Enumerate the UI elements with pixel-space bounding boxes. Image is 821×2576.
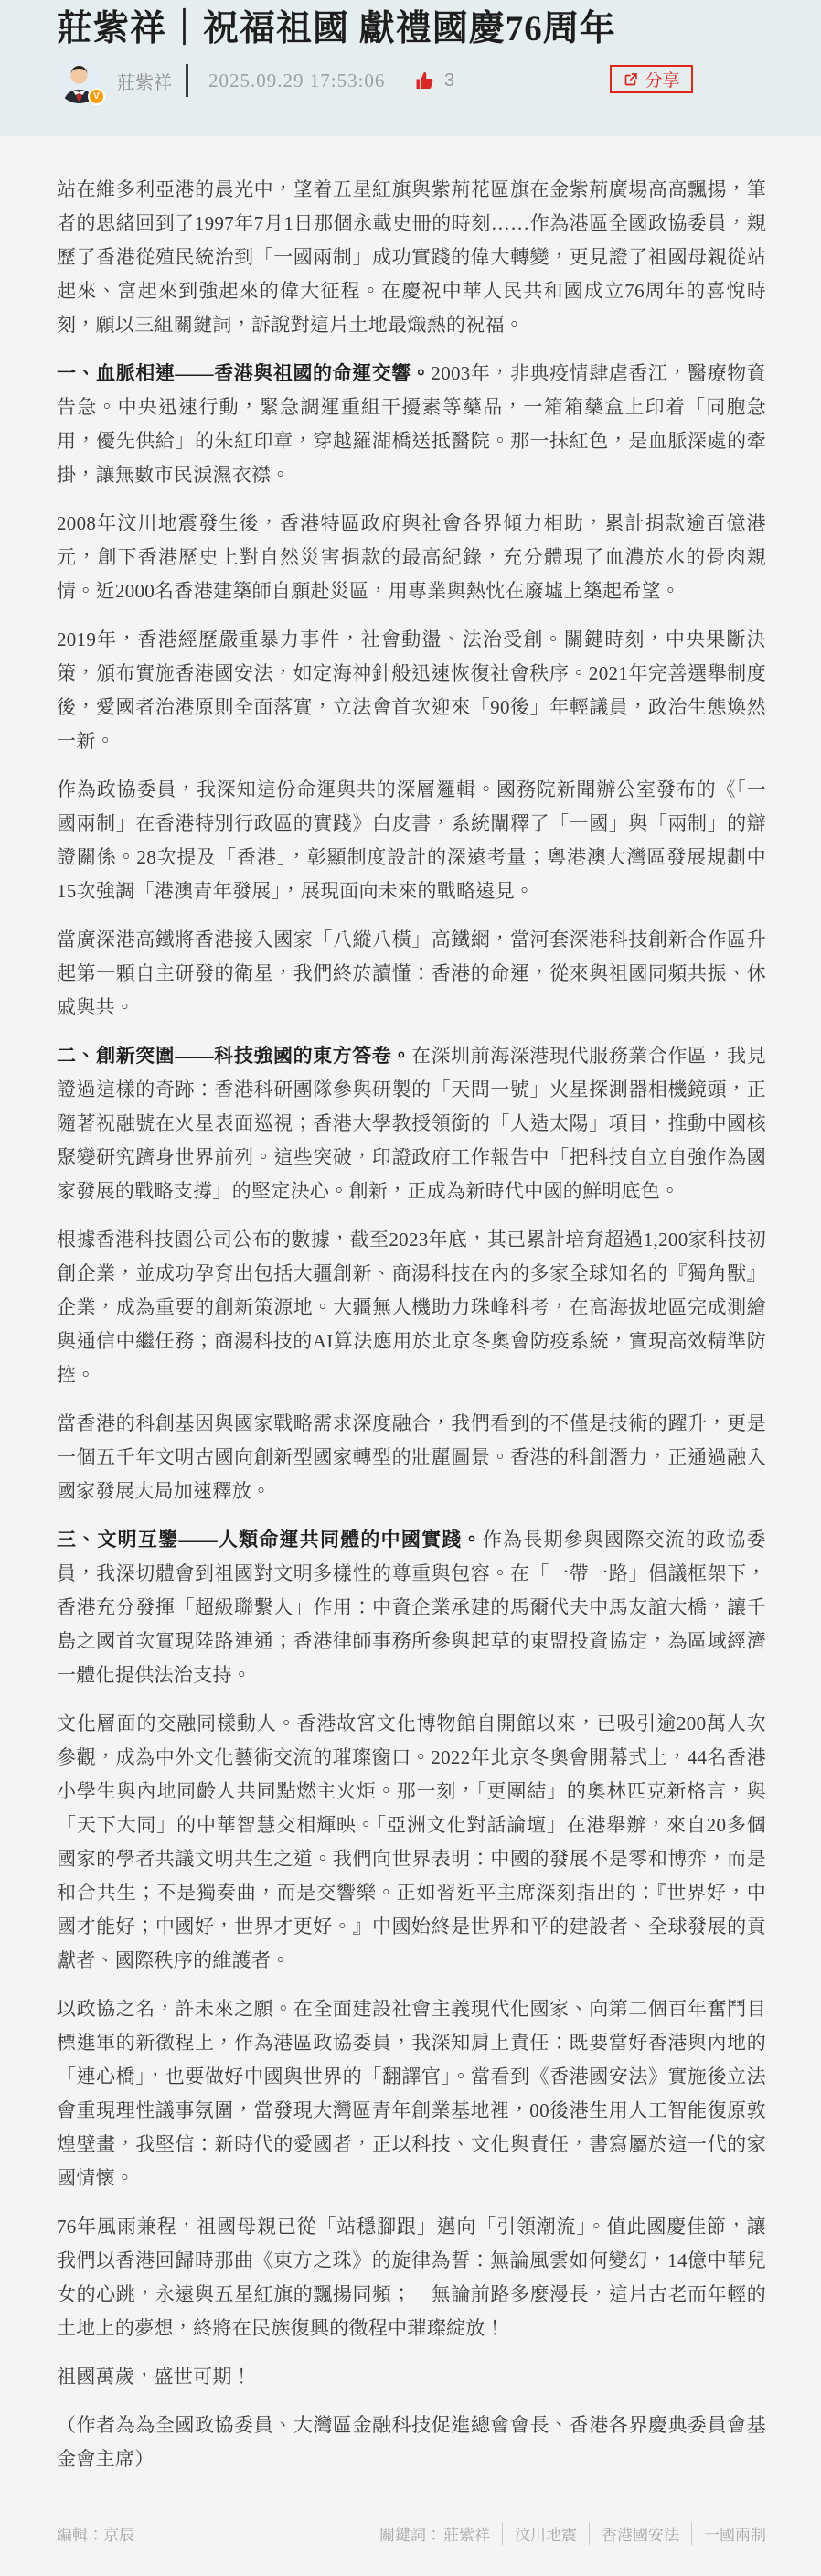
author-name[interactable]: 莊紫祥 xyxy=(117,68,172,94)
paragraph-12: 以政協之名，許未來之願。在全面建設社會主義現代化國家、向第二個百年奮鬥目標進軍的… xyxy=(57,1992,766,2195)
keyword-tag-4[interactable]: 一國兩制 xyxy=(691,2522,766,2545)
article-meta-row: 編輯：京辰 關鍵詞： 莊紫祥 汶川地震 香港國安法 一國兩制 xyxy=(57,2522,766,2545)
share-icon xyxy=(623,71,639,88)
paragraph-text: 當廣深港高鐵將香港接入國家「八縱八橫」高鐵網，當河套深港科技創新合作區升起第一顆… xyxy=(57,928,766,1018)
paragraph-text: 文化層面的交融同樣動人。香港故宮文化博物館自開館以來，已吸引逾200萬人次參觀，… xyxy=(57,1712,766,1971)
paragraph-text: 作為長期參與國際交流的政協委員，我深切體會到祖國對文明多樣性的尊重與包容。在「一… xyxy=(57,1529,766,1686)
publish-datetime: 2025.09.29 17:53:06 xyxy=(208,70,385,92)
paragraph-13: 76年風雨兼程，祖國母親已從「站穩腳跟」邁向「引領潮流」。值此國慶佳節，讓我們以… xyxy=(57,2210,766,2345)
paragraph-text: 2019年，香港經歷嚴重暴力事件，社會動盪、法治受創。關鍵時刻，中央果斷決策，頒… xyxy=(57,628,766,752)
paragraph-text: 當香港的科創基因與國家戰略需求深度融合，我們看到的不僅是技術的躍升，更是一個五千… xyxy=(57,1412,766,1502)
paragraph-7: 二、創新突圍——科技強國的東方答卷。在深圳前海深港現代服務業合作區，我見證過這樣… xyxy=(57,1039,766,1208)
paragraph-text: （作者為為全國政協委員、大灣區金融科技促進總會會長、香港各界慶典委員會基金會主席… xyxy=(57,2414,766,2470)
paragraph-text: 2008年汶川地震發生後，香港特區政府與社會各界傾力相助，累計捐款逾百億港元，創… xyxy=(57,512,766,602)
paragraph-1: 站在維多利亞港的晨光中，望着五星紅旗與紫荊花區旗在金紫荊廣場高高飄揚，筆者的思緒… xyxy=(57,173,766,342)
paragraph-4: 2019年，香港經歷嚴重暴力事件，社會動盪、法治受創。關鍵時刻，中央果斷決策，頒… xyxy=(57,623,766,758)
paragraph-text: 祖國萬歲，盛世可期！ xyxy=(57,2366,251,2388)
paragraph-text: 在深圳前海深港現代服務業合作區，我見證過這樣的奇跡：香港科研團隊參與研製的「天問… xyxy=(57,1045,766,1202)
section-1-heading: 一、血脈相連——香港與祖國的命運交響。 xyxy=(57,362,431,384)
paragraph-text: 以政協之名，許未來之願。在全面建設社會主義現代化國家、向第二個百年奮鬥目標進軍的… xyxy=(57,1998,766,2189)
paragraph-text: 作為政協委員，我深知這份命運與共的深層邏輯。國務院新聞辦公室發布的《「一國兩制」… xyxy=(57,778,766,902)
paragraph-3: 2008年汶川地震發生後，香港特區政府與社會各界傾力相助，累計捐款逾百億港元，創… xyxy=(57,507,766,608)
paragraph-5: 作為政協委員，我深知這份命運與共的深層邏輯。國務院新聞辦公室發布的《「一國兩制」… xyxy=(57,773,766,908)
editor-credit: 編輯：京辰 xyxy=(57,2522,134,2545)
keywords-label: 關鍵詞： xyxy=(379,2522,442,2545)
editor-name: 京辰 xyxy=(103,2527,134,2544)
like-button[interactable]: 3 xyxy=(414,58,454,103)
like-count: 3 xyxy=(444,70,454,91)
section-3-heading: 三、文明互鑒——人類命運共同體的中國實踐。 xyxy=(57,1529,483,1551)
keyword-tag-2[interactable]: 汶川地震 xyxy=(502,2522,577,2545)
share-label: 分享 xyxy=(645,67,679,91)
paragraph-text: 根據香港科技園公司公布的數據，截至2023年底，其已累計培育超過1,200家科技… xyxy=(57,1229,766,1386)
paragraph-8: 根據香港科技園公司公布的數據，截至2023年底，其已累計培育超過1,200家科技… xyxy=(57,1223,766,1392)
verified-badge-icon: V xyxy=(88,88,105,105)
paragraph-11: 文化層面的交融同樣動人。香港故宮文化博物館自開館以來，已吸引逾200萬人次參觀，… xyxy=(57,1707,766,1978)
author-note: （作者為為全國政協委員、大灣區金融科技促進總會會長、香港各界慶典委員會基金會主席… xyxy=(57,2409,766,2476)
keywords-bar: 關鍵詞： 莊紫祥 汶川地震 香港國安法 一國兩制 xyxy=(379,2522,766,2545)
author-row: V 莊紫祥 2025.09.29 17:53:06 3 分享 xyxy=(57,58,766,103)
article-body: 站在維多利亞港的晨光中，望着五星紅旗與紫荊花區旗在金紫荊廣場高高飄揚，筆者的思緒… xyxy=(0,136,821,2576)
paragraph-text: 76年風雨兼程，祖國母親已從「站穩腳跟」邁向「引領潮流」。值此國慶佳節，讓我們以… xyxy=(57,2216,766,2339)
paragraph-10: 三、文明互鑒——人類命運共同體的中國實踐。作為長期參與國際交流的政協委員，我深切… xyxy=(57,1523,766,1692)
keyword-tag-1[interactable]: 莊紫祥 xyxy=(443,2522,490,2545)
paragraph-9: 當香港的科創基因與國家戰略需求深度融合，我們看到的不僅是技術的躍升，更是一個五千… xyxy=(57,1407,766,1508)
section-2-heading: 二、創新突圍——科技強國的東方答卷。 xyxy=(57,1045,411,1067)
editor-label: 編輯： xyxy=(57,2527,103,2544)
paragraph-text: 站在維多利亞港的晨光中，望着五星紅旗與紫荊花區旗在金紫荊廣場高高飄揚，筆者的思緒… xyxy=(57,178,766,336)
share-button[interactable]: 分享 xyxy=(610,65,693,93)
paragraph-14: 祖國萬歲，盛世可期！ xyxy=(57,2360,766,2394)
keyword-tag-3[interactable]: 香港國安法 xyxy=(589,2522,679,2545)
article-header: 莊紫祥｜祝福祖國 獻禮國慶76周年 V 莊紫祥 2025.09.29 17:53… xyxy=(0,0,821,136)
page-title: 莊紫祥｜祝福祖國 獻禮國慶76周年 xyxy=(57,9,766,50)
author-avatar[interactable]: V xyxy=(57,59,101,103)
name-date-divider xyxy=(186,64,188,97)
paragraph-6: 當廣深港高鐵將香港接入國家「八縱八橫」高鐵網，當河套深港科技創新合作區升起第一顆… xyxy=(57,923,766,1025)
thumbs-up-icon xyxy=(414,70,436,91)
paragraph-2: 一、血脈相連——香港與祖國的命運交響。2003年，非典疫情肆虐香江，醫療物資告急… xyxy=(57,357,766,492)
